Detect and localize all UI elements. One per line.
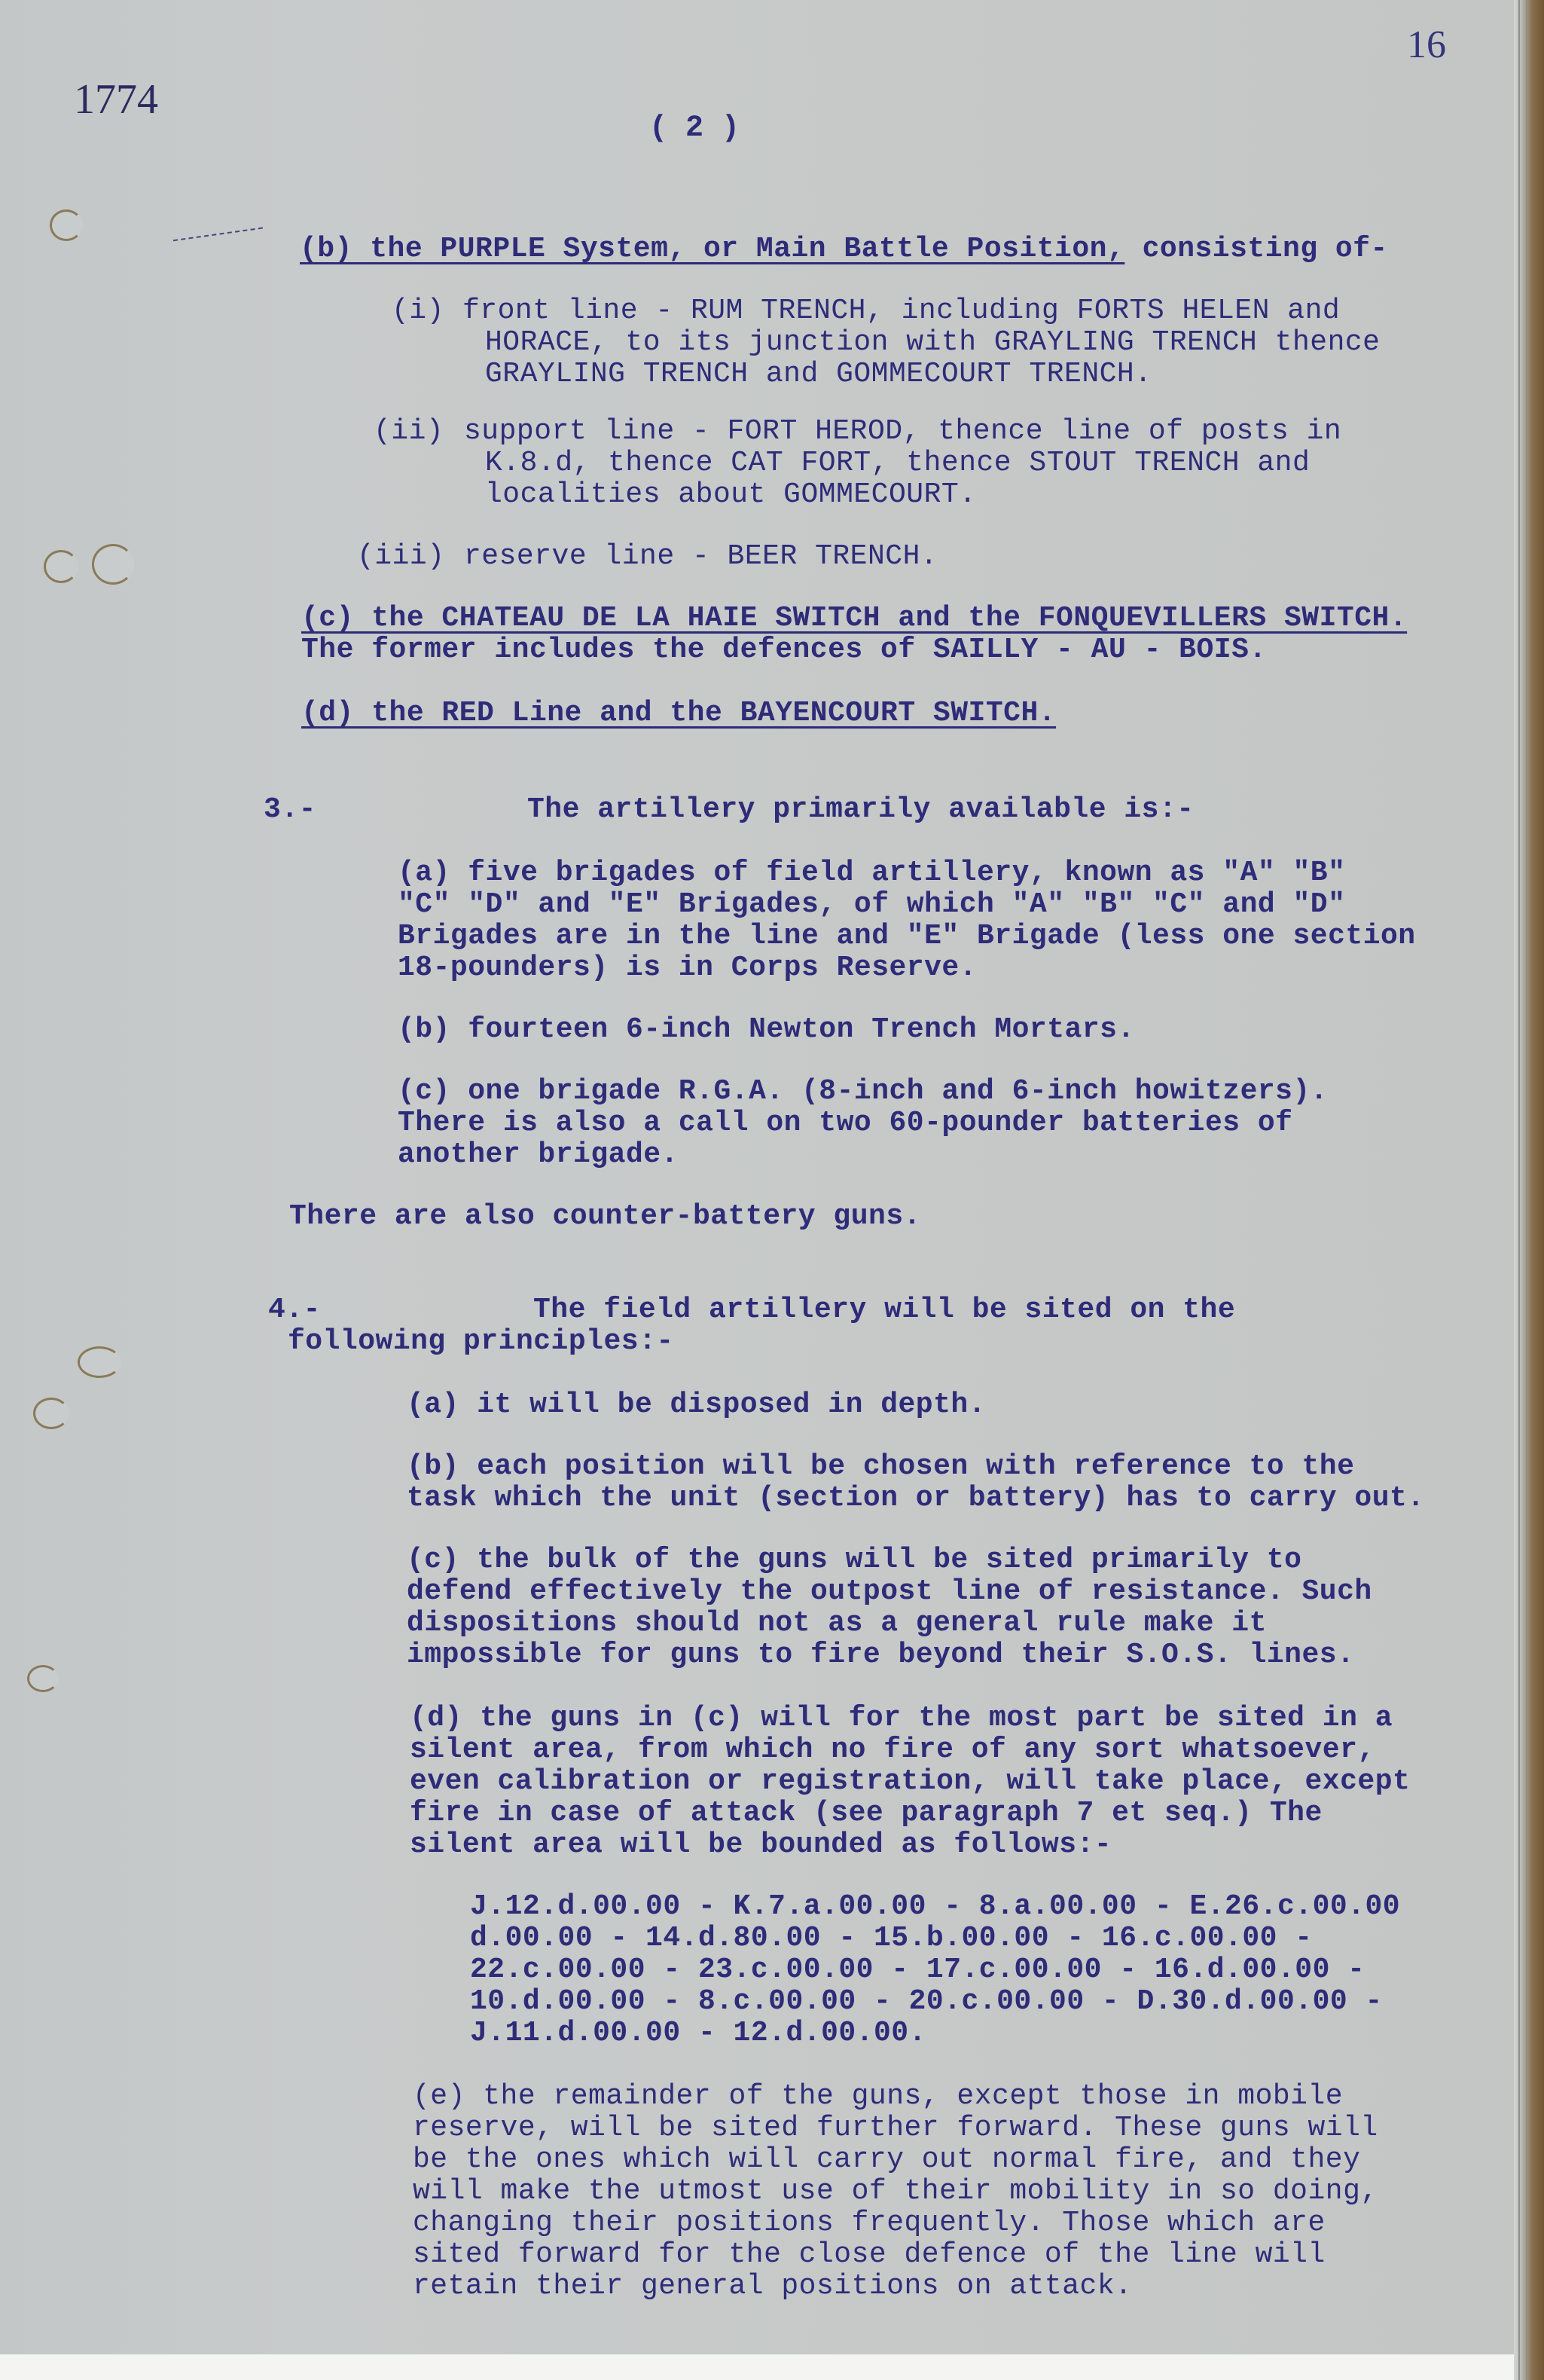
item-i-line: HORACE, to its junction with GRAYLING TR… [485,327,1381,359]
section-4-item-b: task which the unit (section or battery)… [407,1483,1425,1514]
section-4-item-c: defend effectively the outpost line of r… [407,1576,1372,1608]
section-c-heading: (c) the CHATEAU DE LA HAIE SWITCH and th… [301,603,1407,634]
item-ii-line: support line - FORT HEROD, thence line o… [464,416,1341,448]
section-c-note: The former includes the defences of SAIL… [301,634,1267,666]
section-3-item-a: 18-pounders) is in Corps Reserve. [398,952,977,984]
section-3-item-a: Brigades are in the line and "E" Brigade… [398,921,1416,952]
section-3-item-b: (b) fourteen 6-inch Newton Trench Mortar… [398,1014,1135,1046]
section-4-item-e: will make the utmost use of their mobili… [413,2176,1378,2207]
punch-hole [33,1398,69,1429]
punch-hole [50,209,83,241]
section-4-item-e: be the ones which will carry out normal … [413,2144,1360,2176]
section-4-item-e: reserve, will be sited further forward. … [413,2113,1378,2144]
section-4-item-c: impossible for guns to fire beyond their… [407,1639,1354,1671]
section-3-item-c: There is also a call on two 60-pounder b… [398,1108,1293,1139]
page-edge-line [1518,0,1520,2380]
section-3-item-c: another brigade. [398,1139,679,1171]
section-4-item-e: (e) the remainder of the guns, except th… [413,2081,1343,2113]
archive-folio-number: 1774 [74,75,158,124]
section-4-item-d: even calibration or registration, will t… [410,1766,1410,1798]
boundary-coordinates: 10.d.00.00 - 8.c.00.00 - 20.c.00.00 - D.… [470,1986,1383,2018]
item-iii-line: reserve line - BEER TRENCH. [464,541,938,573]
section-4-item-e: changing their positions frequently. Tho… [413,2207,1326,2239]
item-ii-line: K.8.d, thence CAT FORT, thence STOUT TRE… [485,448,1310,479]
section-4-item-d: silent area, from which no fire of any s… [410,1734,1375,1766]
section-4-item-c: (c) the bulk of the guns will be sited p… [407,1544,1302,1576]
margin-pen-mark [171,212,263,241]
section-4-item-e: retain their general positions on attack… [413,2271,1132,2302]
section-d-heading: (d) the RED Line and the BAYENCOURT SWIT… [301,698,1056,729]
section-4-item-d: silent area will be bounded as follows:- [410,1829,1112,1861]
folio-page-number: 16 [1407,23,1446,67]
section-3-item-c: (c) one brigade R.G.A. (8-inch and 6-inc… [398,1076,1328,1108]
boundary-coordinates: 22.c.00.00 - 23.c.00.00 - 17.c.00.00 - 1… [470,1954,1365,1986]
item-i-label: (i) [392,295,444,327]
page-number: ( 2 ) [649,112,740,145]
document-page: 1774 16 ( 2 ) (b) the PURPLE System, or … [0,0,1514,2354]
section-4-intro: following principles:- [288,1326,674,1358]
item-ii-line: localities about GOMMECOURT. [485,479,977,511]
section-3-footer: There are also counter-battery guns. [289,1201,921,1233]
section-3-item-a: "C" "D" and "E" Brigades, of which "A" "… [398,889,1345,921]
section-4-intro: The field artillery will be sited on the [533,1294,1235,1326]
punch-hole [92,544,134,585]
punch-hole [27,1665,59,1692]
boundary-coordinates: d.00.00 - 14.d.80.00 - 15.b.00.00 - 16.c… [470,1923,1313,1954]
item-ii-label: (ii) [374,416,444,448]
section-4-item-b: (b) each position will be chosen with re… [407,1451,1354,1483]
boundary-coordinates: J.11.d.00.00 - 12.d.00.00. [470,2018,926,2049]
section-4-item-d: fire in case of attack (see paragraph 7 … [410,1798,1323,1829]
section-b-heading: (b) the PURPLE System, or Main Battle Po… [300,234,1388,265]
item-iii-label: (iii) [357,541,445,573]
section-4-item-a: (a) it will be disposed in depth. [407,1389,986,1421]
section-4-item-c: dispositions should not as a general rul… [407,1608,1267,1639]
item-i-line: GRAYLING TRENCH and GOMMECOURT TRENCH. [485,359,1152,390]
section-4-item-d: (d) the guns in (c) will for the most pa… [410,1703,1393,1734]
section-3-item-a: (a) five brigades of field artillery, kn… [398,857,1345,889]
item-i-line: front line - RUM TRENCH, including FORTS… [462,295,1340,327]
section-3-number: 3.- [264,794,316,826]
page-edge-line [1526,0,1527,2380]
section-3-intro: The artillery primarily available is:- [527,794,1195,826]
boundary-coordinates: J.12.d.00.00 - K.7.a.00.00 - 8.a.00.00 -… [470,1891,1400,1923]
punch-hole [78,1346,121,1378]
section-4-item-e: sited forward for the close defence of t… [413,2239,1326,2271]
section-4-number: 4.- [268,1294,321,1326]
punch-hole [44,550,78,583]
